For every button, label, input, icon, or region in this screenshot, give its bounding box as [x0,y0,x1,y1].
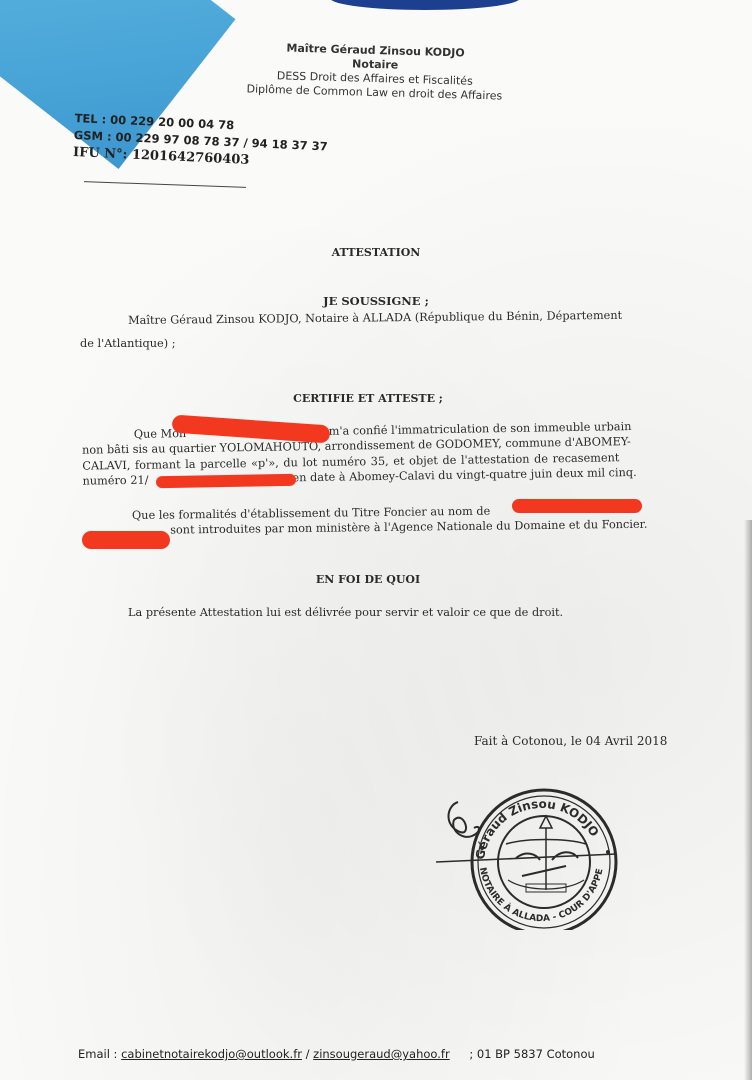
page-shadow-edge [744,520,752,1080]
document-page: Maître Géraud Zinsou KODJO Notaire DESS … [0,0,752,1080]
closing-heading: EN FOI DE QUOI [0,573,744,586]
intro-line-2: de l'Atlantique) ; [80,337,176,350]
footer: Email : cabinetnotairekodjo@outlook.fr /… [78,1047,595,1061]
intro-line-1: Maître Géraud Zinsou KODJO, Notaire à AL… [128,309,622,327]
intro-heading: JE SOUSSIGNE ; [0,294,752,308]
place-date: Fait à Cotonou, le 04 Avril 2018 [474,734,667,748]
para1-line-4-end: en date à Abomey-Calavi du vingt-quatre … [292,466,636,484]
para1-line-4-start: numéro 21/ [82,474,148,488]
postal-address: ; 01 BP 5837 Cotonou [469,1047,594,1061]
redaction-mark [82,531,170,549]
background-blue-edge [330,0,520,10]
stamp-and-signature: Géraud Zinsou KODJO NOTAIRE À ALLADA - C… [436,780,636,930]
redaction-mark [512,499,642,513]
email-label: Email : [78,1047,117,1061]
certify-heading: CERTIFIE ET ATTESTE ; [0,392,744,405]
closing-text: La présente Attestation lui est délivrée… [128,606,563,619]
document-title: ATTESTATION [0,246,752,259]
email-link-2[interactable]: zinsougeraud@yahoo.fr [313,1047,450,1061]
divider [84,181,246,188]
redaction-mark [172,415,331,444]
email-link-1[interactable]: cabinetnotairekodjo@outlook.fr [121,1047,302,1061]
notary-stamp-icon: Géraud Zinsou KODJO NOTAIRE À ALLADA - C… [436,780,636,930]
intro-text-1: Maître Géraud Zinsou KODJO, Notaire à AL… [128,309,622,327]
svg-text:Géraud Zinsou KODJO: Géraud Zinsou KODJO [473,797,602,861]
email-separator: / [306,1047,310,1061]
redaction-mark [156,474,296,488]
letterhead: Maître Géraud Zinsou KODJO Notaire DESS … [229,40,520,104]
